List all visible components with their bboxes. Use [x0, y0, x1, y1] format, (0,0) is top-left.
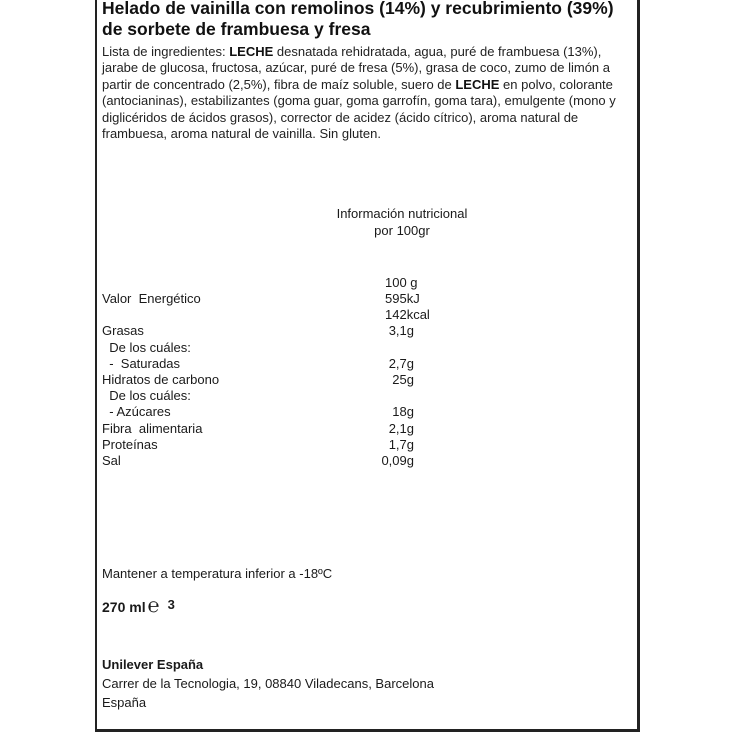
nutrition-label: Hidratos de carbono [102, 372, 219, 388]
nutrition-label: Fibra alimentaria [102, 421, 202, 437]
net-quantity: 270 ml℮3 [102, 599, 175, 615]
nutrition-label: Sal [102, 453, 121, 469]
allergen: LECHE [455, 77, 499, 92]
storage-instructions: Mantener a temperatura inferior a -18ºC [102, 566, 332, 581]
title-line-1: Helado de vainilla con remolinos (14%) y… [102, 0, 614, 19]
product-label: Helado de vainilla con remolinos (14%) y… [95, 0, 640, 732]
nutrition-label: Grasas [102, 323, 144, 339]
ingredients-list: Lista de ingredientes: LECHE desnatada r… [102, 44, 632, 142]
manufacturer: Unilever España Carrer de la Tecnologia,… [102, 655, 434, 712]
nutrition-label: Valor Energético [102, 291, 201, 307]
company-country: España [102, 693, 434, 712]
nutrition-label: De los cuáles: [102, 388, 191, 404]
nutrition-per: por 100gr [307, 222, 497, 239]
company-name: Unilever España [102, 655, 434, 674]
nutrition-value: 2,7g [389, 356, 414, 372]
nutrition-label: Proteínas [102, 437, 158, 453]
allergen: LECHE [229, 44, 273, 59]
nutrition-title: Información nutricional [307, 205, 497, 222]
nutrition-value: 1,7g [389, 437, 414, 453]
company-address: Carrer de la Tecnologia, 19, 08840 Vilad… [102, 674, 434, 693]
nutrition-column-header: 100 g [385, 275, 418, 291]
title-line-2: de sorbete de frambuesa y fresa [102, 19, 614, 40]
volume: 270 ml [102, 599, 146, 615]
nutrition-value: 142kcal [385, 307, 430, 323]
nutrition-value: 18g [392, 404, 414, 420]
nutrition-header: Información nutricional por 100gr [307, 205, 497, 239]
nutrition-value: 595kJ [385, 291, 420, 307]
nutrition-label: - Azúcares [102, 404, 171, 420]
nutrition-value: 2,1g [389, 421, 414, 437]
nutrition-value: 3,1g [389, 323, 414, 339]
ingredient-text: Lista de ingredientes: [102, 44, 229, 59]
estimated-sign-icon: ℮ [148, 595, 160, 617]
nutrition-value: 25g [392, 372, 414, 388]
nutrition-value: 0,09g [381, 453, 414, 469]
product-title: Helado de vainilla con remolinos (14%) y… [102, 0, 614, 40]
nutrition-label: - Saturadas [102, 356, 180, 372]
nutrition-label: De los cuáles: [102, 340, 191, 356]
unit-count: 3 [168, 597, 175, 612]
